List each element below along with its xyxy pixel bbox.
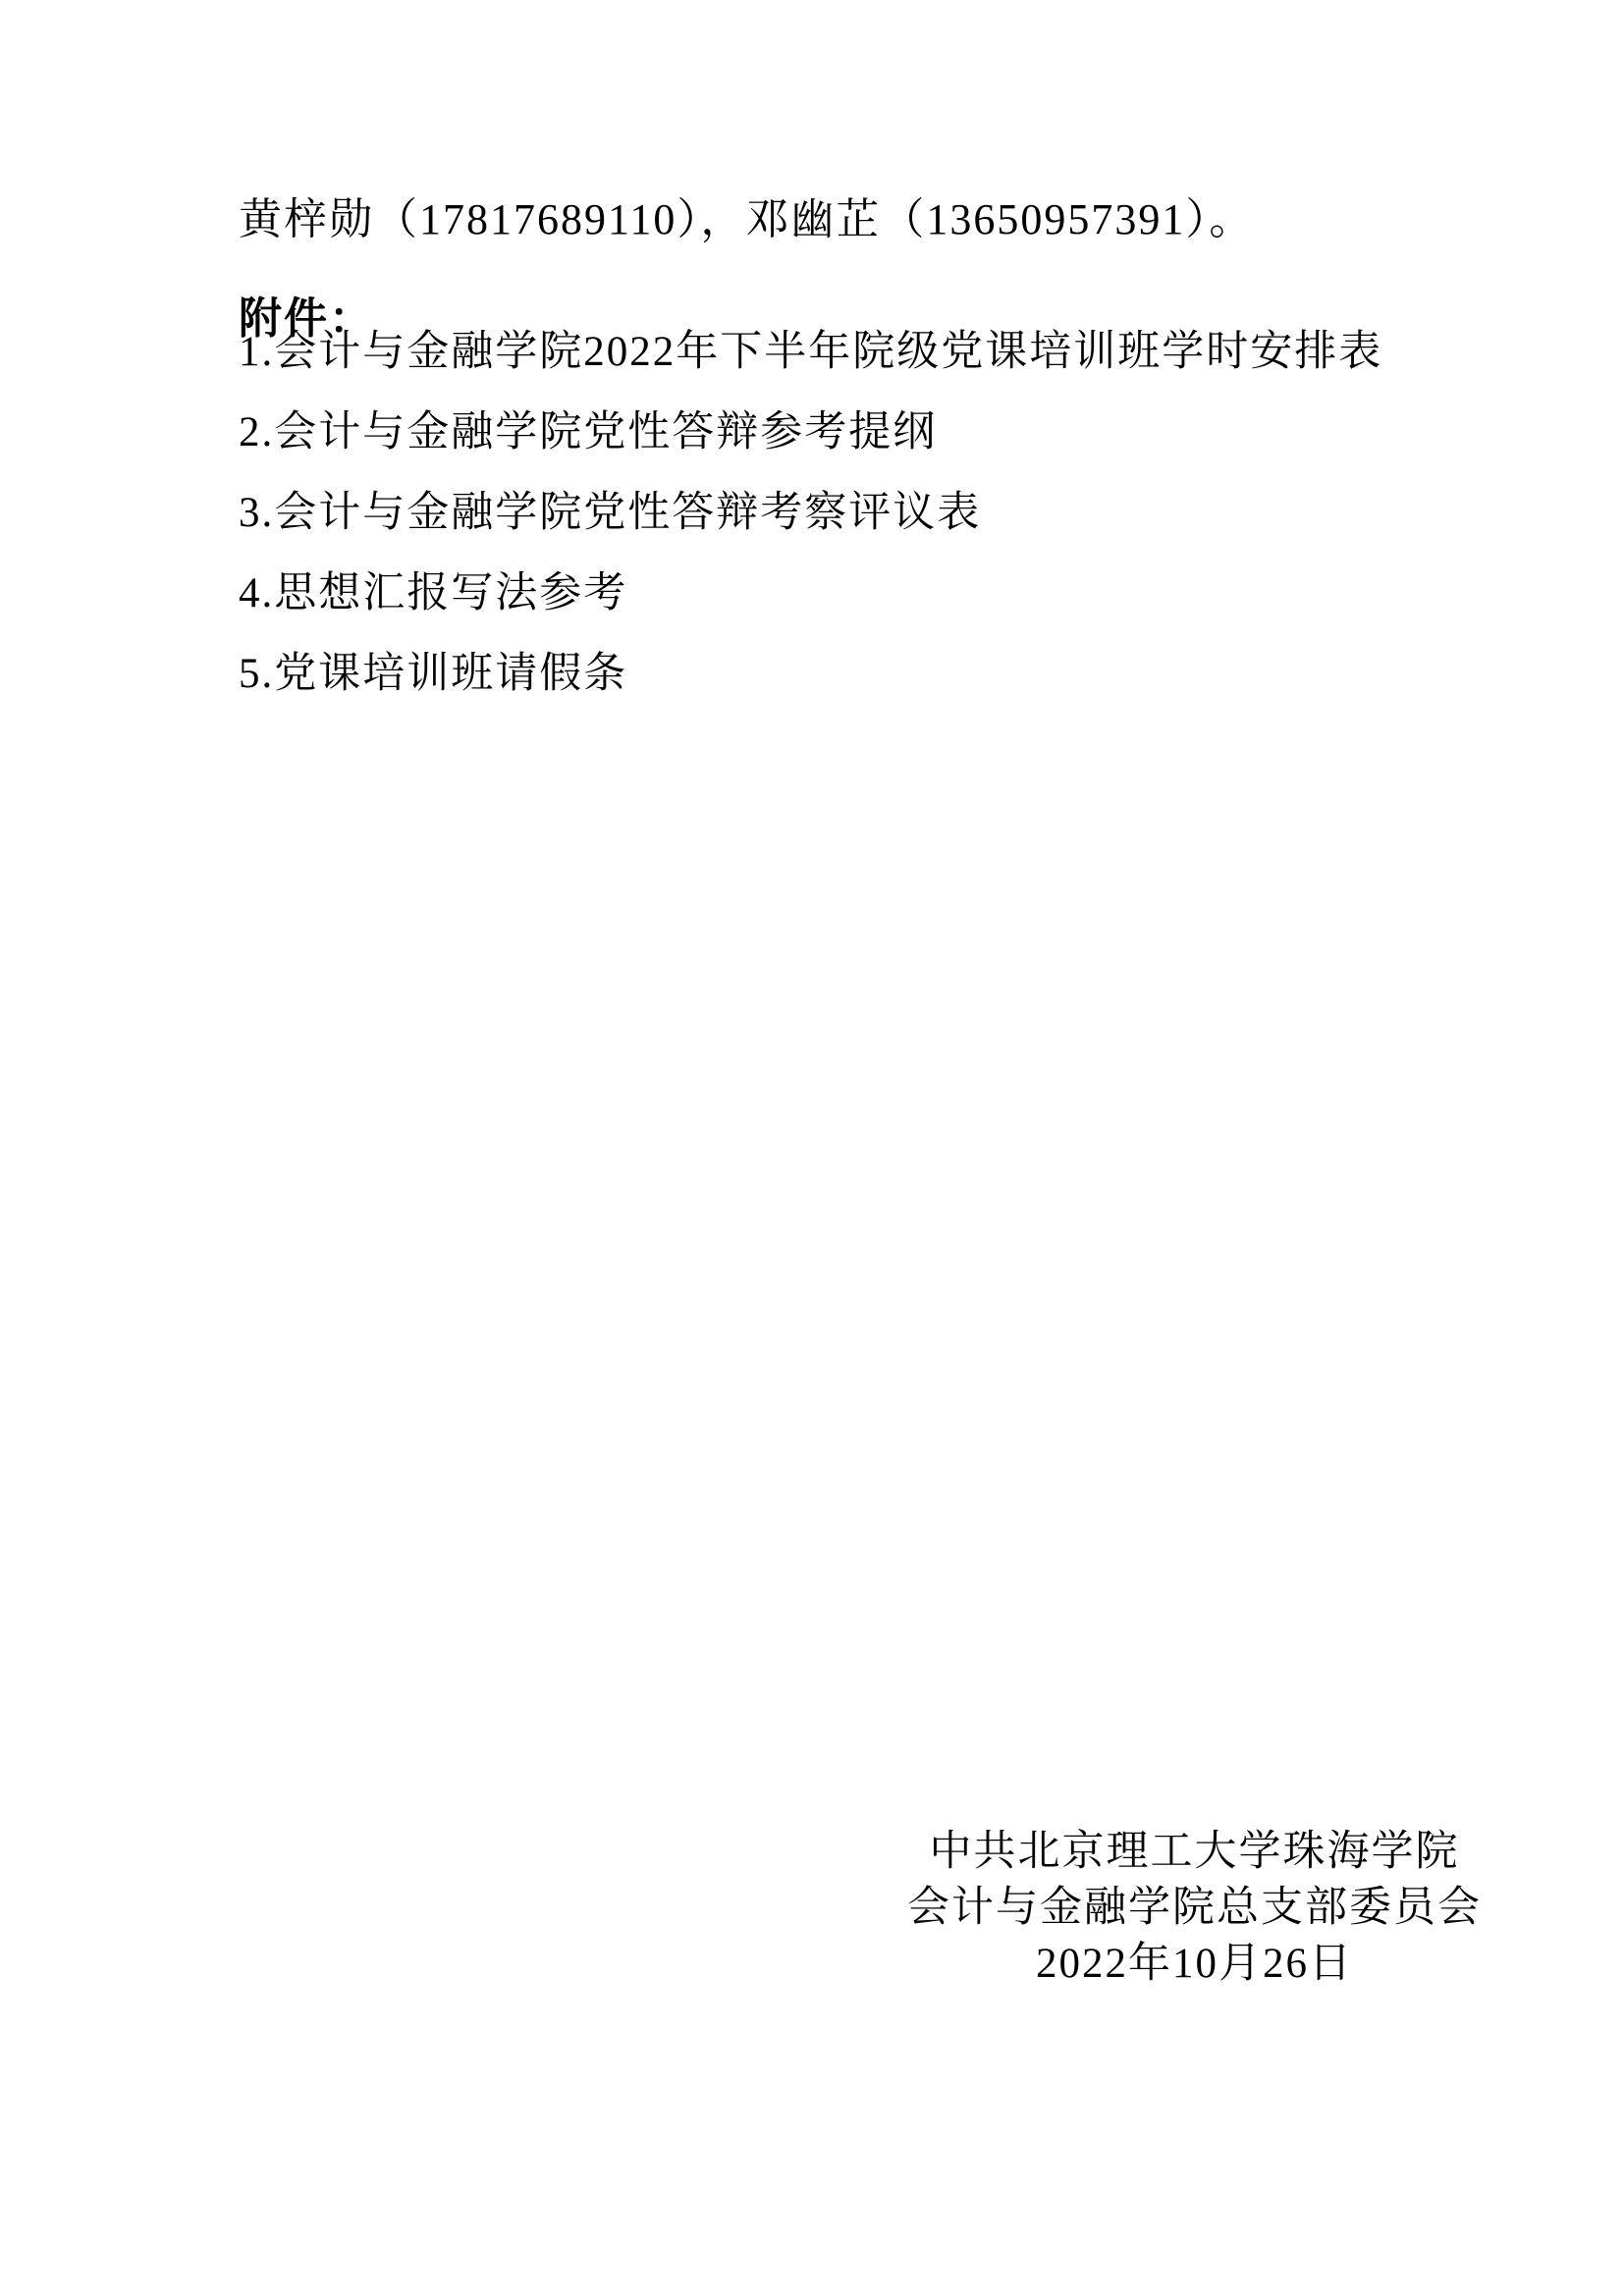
signature-org-line2: 会计与金融学院总支部委员会 xyxy=(907,1880,1482,1936)
document-page: 黄梓勋（17817689110），邓幽芷（13650957391）。 附件： 1… xyxy=(0,0,1624,2296)
attachment-item: 2.会计与金融学院党性答辩参考提纲 xyxy=(239,409,1382,456)
signature-org-line1: 中共北京理工大学珠海学院 xyxy=(930,1824,1460,1880)
attachment-item: 3.会计与金融学院党性答辩考察评议表 xyxy=(239,490,1382,537)
signature-block: 中共北京理工大学珠海学院 会计与金融学院总支部委员会 2022年10月26日 xyxy=(907,1824,1482,1992)
attachments-list: 1.会计与金融学院2022年下半年院级党课培训班学时安排表 2.会计与金融学院党… xyxy=(239,329,1382,731)
attachment-item: 4.思想汇报写法参考 xyxy=(239,570,1382,617)
attachment-item: 1.会计与金融学院2022年下半年院级党课培训班学时安排表 xyxy=(239,329,1382,376)
signature-date: 2022年10月26日 xyxy=(1036,1936,1353,1992)
contact-persons-line: 黄梓勋（17817689110），邓幽芷（13650957391）。 xyxy=(239,195,1254,244)
attachment-item: 5.党课培训班请假条 xyxy=(239,651,1382,698)
